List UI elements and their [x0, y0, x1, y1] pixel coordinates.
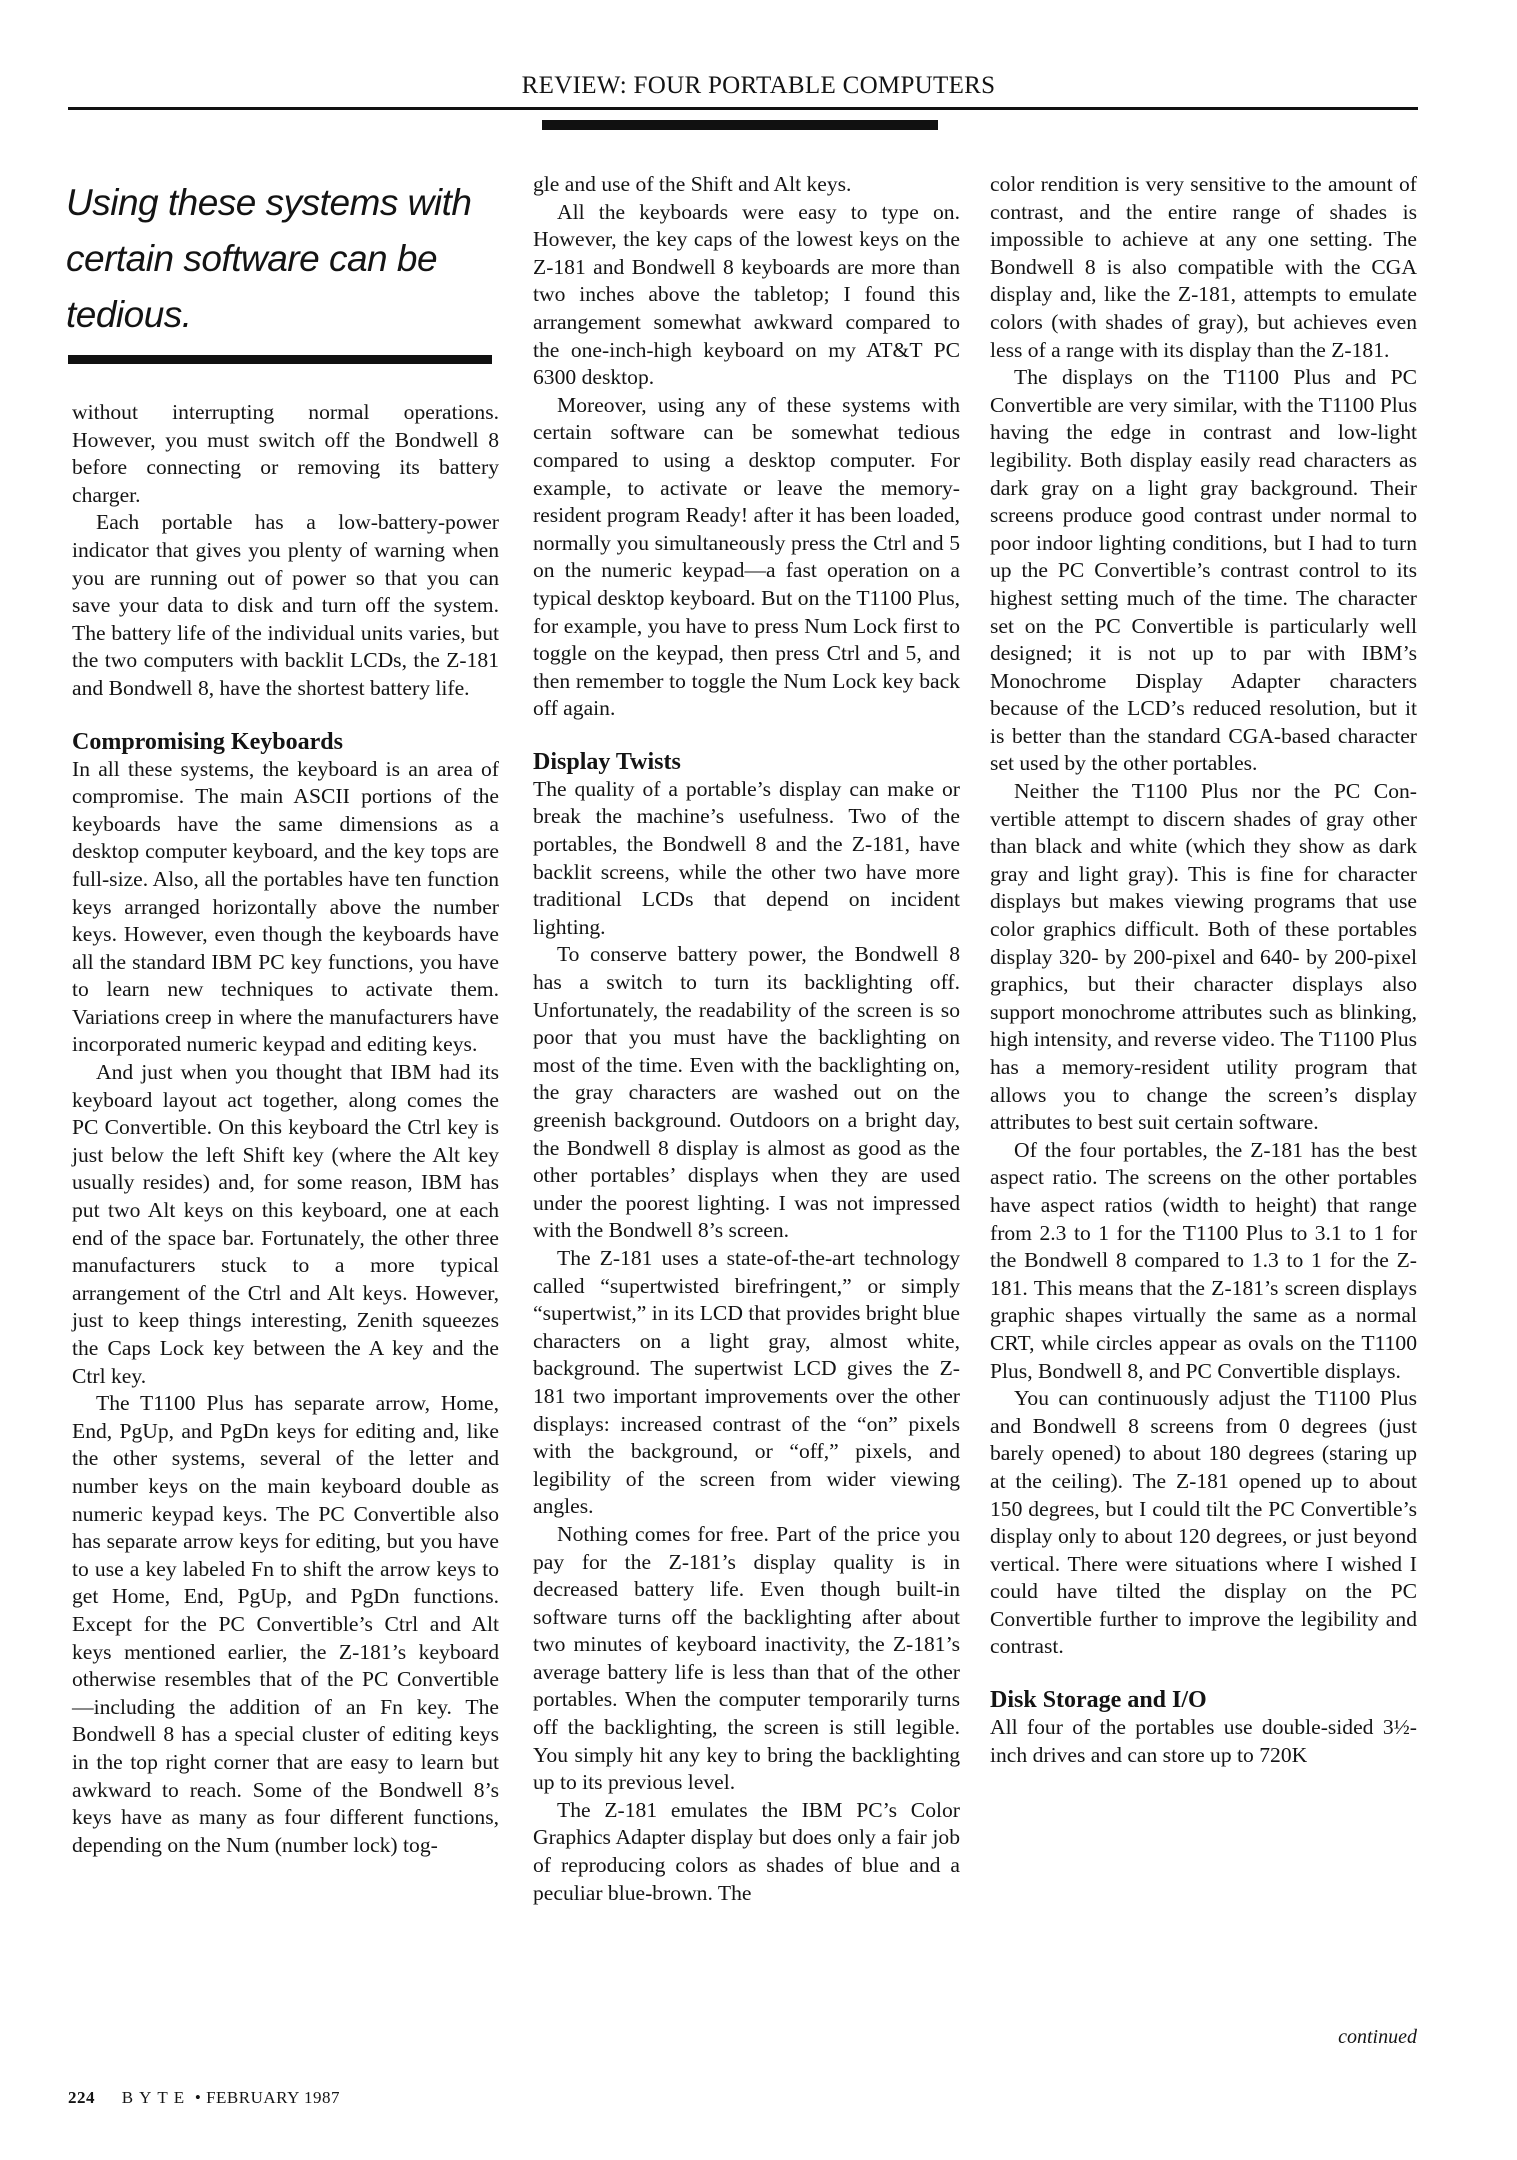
section-heading: Disk Storage and I/O	[990, 1686, 1417, 1714]
paragraph: You can continuously adjust the T1100 Pl…	[990, 1385, 1417, 1661]
paragraph: The quality of a portable’s display can …	[533, 776, 960, 942]
running-head: REVIEW: FOUR PORTABLE COMPUTERS	[0, 72, 1517, 100]
paragraph: Moreover, using any of these systems wit…	[533, 392, 960, 723]
magazine-name: BYTE	[122, 2088, 190, 2107]
paragraph: Nothing comes for free. Part of the pric…	[533, 1521, 960, 1797]
issue-date: FEBRUARY 1987	[206, 2088, 340, 2107]
article-column-3: color rendition is very sensitive to the…	[990, 171, 1417, 1769]
paragraph: Each portable has a low-battery-power in…	[72, 509, 499, 702]
continued-label: continued	[990, 2026, 1417, 2049]
article-column-2: gle and use of the Shift and Alt keys.Al…	[533, 171, 960, 1907]
paragraph: And just when you thought that IBM had i…	[72, 1059, 499, 1390]
page-number: 224	[68, 2088, 95, 2107]
paragraph: To conserve battery power, the Bond­well…	[533, 941, 960, 1245]
page-footer: 224 BYTE • FEBRUARY 1987	[68, 2088, 340, 2108]
header-rule	[68, 107, 1418, 110]
header-accent-bar	[542, 120, 938, 130]
paragraph: Of the four portables, the Z-181 has the…	[990, 1137, 1417, 1385]
paragraph: The displays on the T1100 Plus and PC Co…	[990, 364, 1417, 778]
paragraph: All the keyboards were easy to type on. …	[533, 199, 960, 392]
footer-separator: •	[195, 2088, 201, 2107]
section-heading: Compromising Keyboards	[72, 728, 499, 756]
paragraph: Neither the T1100 Plus nor the PC Con­ve…	[990, 778, 1417, 1137]
pull-quote: Using these systems with certain softwar…	[66, 175, 496, 343]
paragraph: gle and use of the Shift and Alt keys.	[533, 171, 960, 199]
pull-quote-rule	[68, 355, 492, 364]
paragraph: The Z-181 emulates the IBM PC’s Color Gr…	[533, 1797, 960, 1907]
paragraph: color rendition is very sensitive to the…	[990, 171, 1417, 364]
paragraph: All four of the portables use double-sid…	[990, 1714, 1417, 1769]
paragraph: The T1100 Plus has separate arrow, Home,…	[72, 1390, 499, 1859]
paragraph: The Z-181 uses a state-of-the-art tech­n…	[533, 1245, 960, 1521]
paragraph: without interrupting normal operations. …	[72, 399, 499, 509]
paragraph: In all these systems, the keyboard is an…	[72, 756, 499, 1060]
section-heading: Display Twists	[533, 748, 960, 776]
article-column-1: without interrupting normal operations. …	[72, 399, 499, 1859]
